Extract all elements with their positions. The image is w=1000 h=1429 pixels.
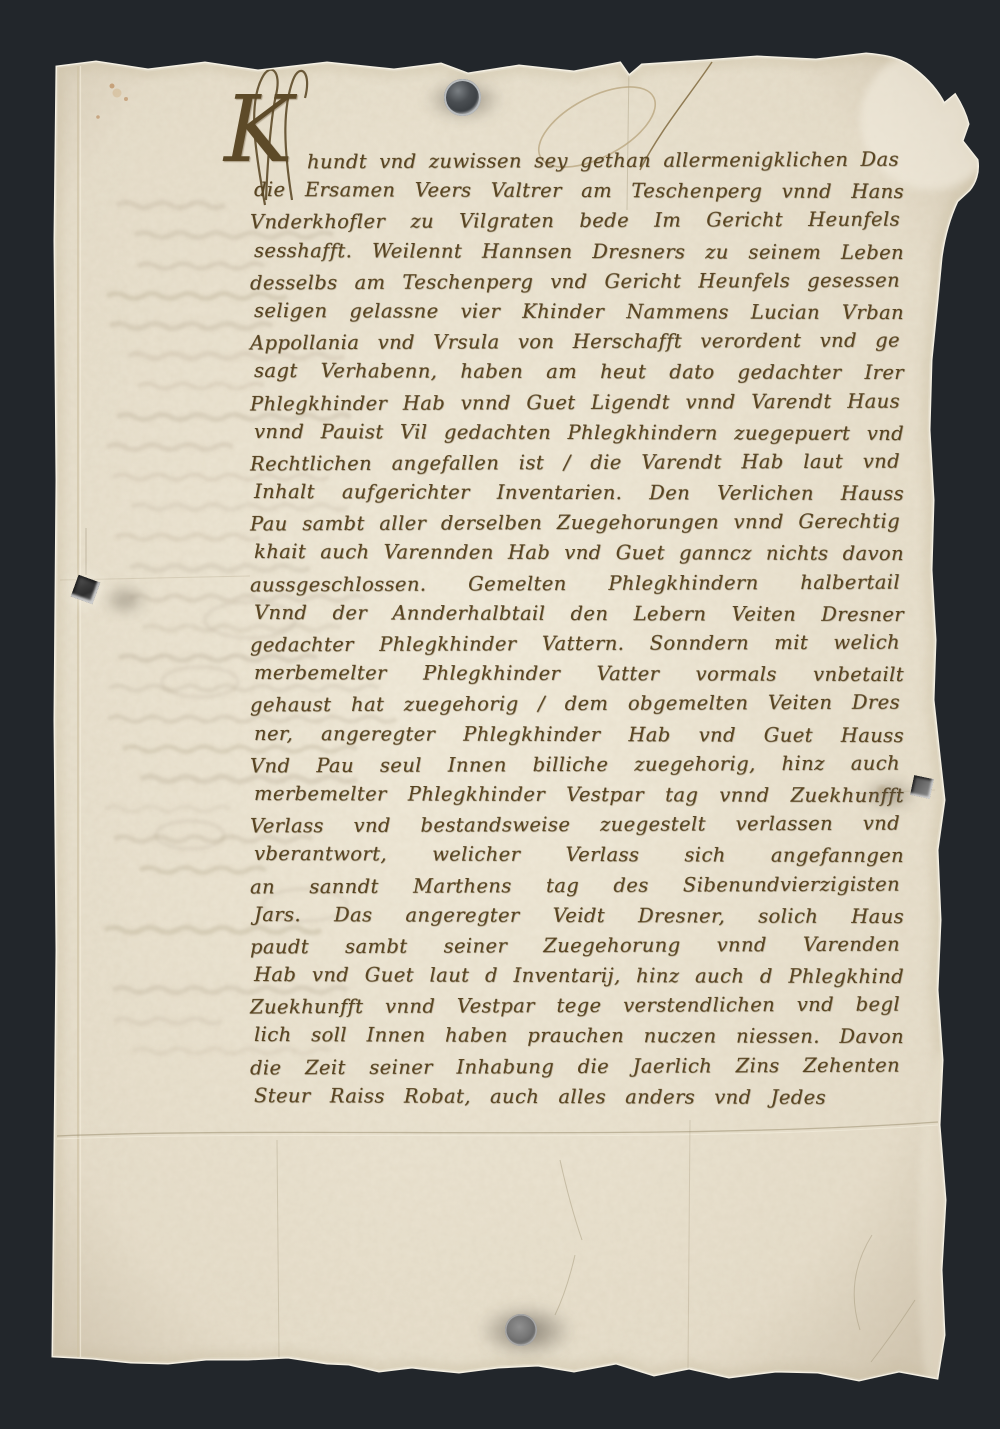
manuscript-line: Vnderkhofler zu Vilgraten bede Im Gerich… xyxy=(250,205,900,238)
manuscript-line: Jars. Das angeregter Veidt Dresner, soli… xyxy=(254,900,904,932)
manuscript-line: seligen gelassne vier Khinder Nammens Lu… xyxy=(254,296,904,328)
manuscript-line: Zuekhunfft vnnd Vestpar tege verstendlic… xyxy=(250,990,900,1023)
manuscript-line: an sanndt Marthens tag des Sibenundvierz… xyxy=(250,869,900,902)
manuscript-line: Hab vnd Guet laut d Inventarij, hinz auc… xyxy=(254,960,904,992)
manuscript-line: sesshafft. Weilennt Hannsen Dresners zu … xyxy=(254,236,904,268)
manuscript-line: aussgeschlossen. Gemelten Phlegkhindern … xyxy=(250,567,900,600)
manuscript-line: Pau sambt aller derselben Zuegehorungen … xyxy=(250,507,900,540)
fastener-right-square-stud xyxy=(910,775,934,799)
manuscript-text: hundt vnd zuwissen sey gethan allermenig… xyxy=(250,146,900,1112)
manuscript-line: Inhalt aufgerichter Inventarien. Den Ver… xyxy=(254,477,904,509)
manuscript-line: hundt vnd zuwissen sey gethan allermenig… xyxy=(307,145,899,178)
manuscript-line: vnnd Pauist Vil gedachten Phlegkhindern … xyxy=(254,417,904,449)
manuscript-line: die Ersamen Veers Valtrer am Teschenperg… xyxy=(254,175,904,207)
manuscript-line: Verlass vnd bestandsweise zuegestelt ver… xyxy=(250,809,900,842)
manuscript-line: die Zeit seiner Inhabung die Jaerlich Zi… xyxy=(250,1050,900,1083)
manuscript-line: desselbs am Teschenperg vnd Gericht Heun… xyxy=(250,265,900,298)
manuscript-line: Steur Raiss Robat, auch alles anders vnd… xyxy=(254,1081,826,1113)
manuscript-line: gehaust hat zuegehorig / dem obgemelten … xyxy=(250,688,900,721)
manuscript-line: vberantwort, welicher Verlass sich angef… xyxy=(254,839,904,871)
fastener-shadow xyxy=(96,580,154,620)
manuscript-line: sagt Verhabenn, haben am heut dato gedac… xyxy=(254,356,904,388)
manuscript-line: Vnnd der Annderhalbtail den Lebern Veite… xyxy=(254,598,904,630)
photo-background: K hundt vnd zuwissen sey gethan allermen… xyxy=(0,0,1000,1429)
manuscript-line: Appollania vnd Vrsula von Herschafft ver… xyxy=(250,326,900,359)
manuscript-line: Phlegkhinder Hab vnnd Guet Ligendt vnnd … xyxy=(250,386,900,419)
manuscript-line: ner, angeregter Phlegkhinder Hab vnd Gue… xyxy=(254,719,904,751)
manuscript-line: merbemelter Phlegkhinder Vatter vormals … xyxy=(254,658,904,690)
manuscript-line: paudt sambt seiner Zuegehorung vnnd Vare… xyxy=(250,929,900,962)
fastener-top-round-stud xyxy=(444,79,481,116)
manuscript-line: merbemelter Phlegkhinder Vestpar tag vnn… xyxy=(254,779,904,811)
manuscript-line: gedachter Phlegkhinder Vattern. Sonndern… xyxy=(250,628,900,661)
manuscript-line: lich soll Innen haben prauchen nuczen ni… xyxy=(254,1020,904,1052)
manuscript-line: khait auch Varennden Hab vnd Guet ganncz… xyxy=(254,537,904,569)
manuscript-line: Rechtlichen angefallen ist / die Varendt… xyxy=(250,446,900,479)
manuscript-line: Vnd Pau seul Innen billiche zuegehorig, … xyxy=(250,748,900,781)
fastener-bottom-round-stud xyxy=(505,1314,537,1346)
